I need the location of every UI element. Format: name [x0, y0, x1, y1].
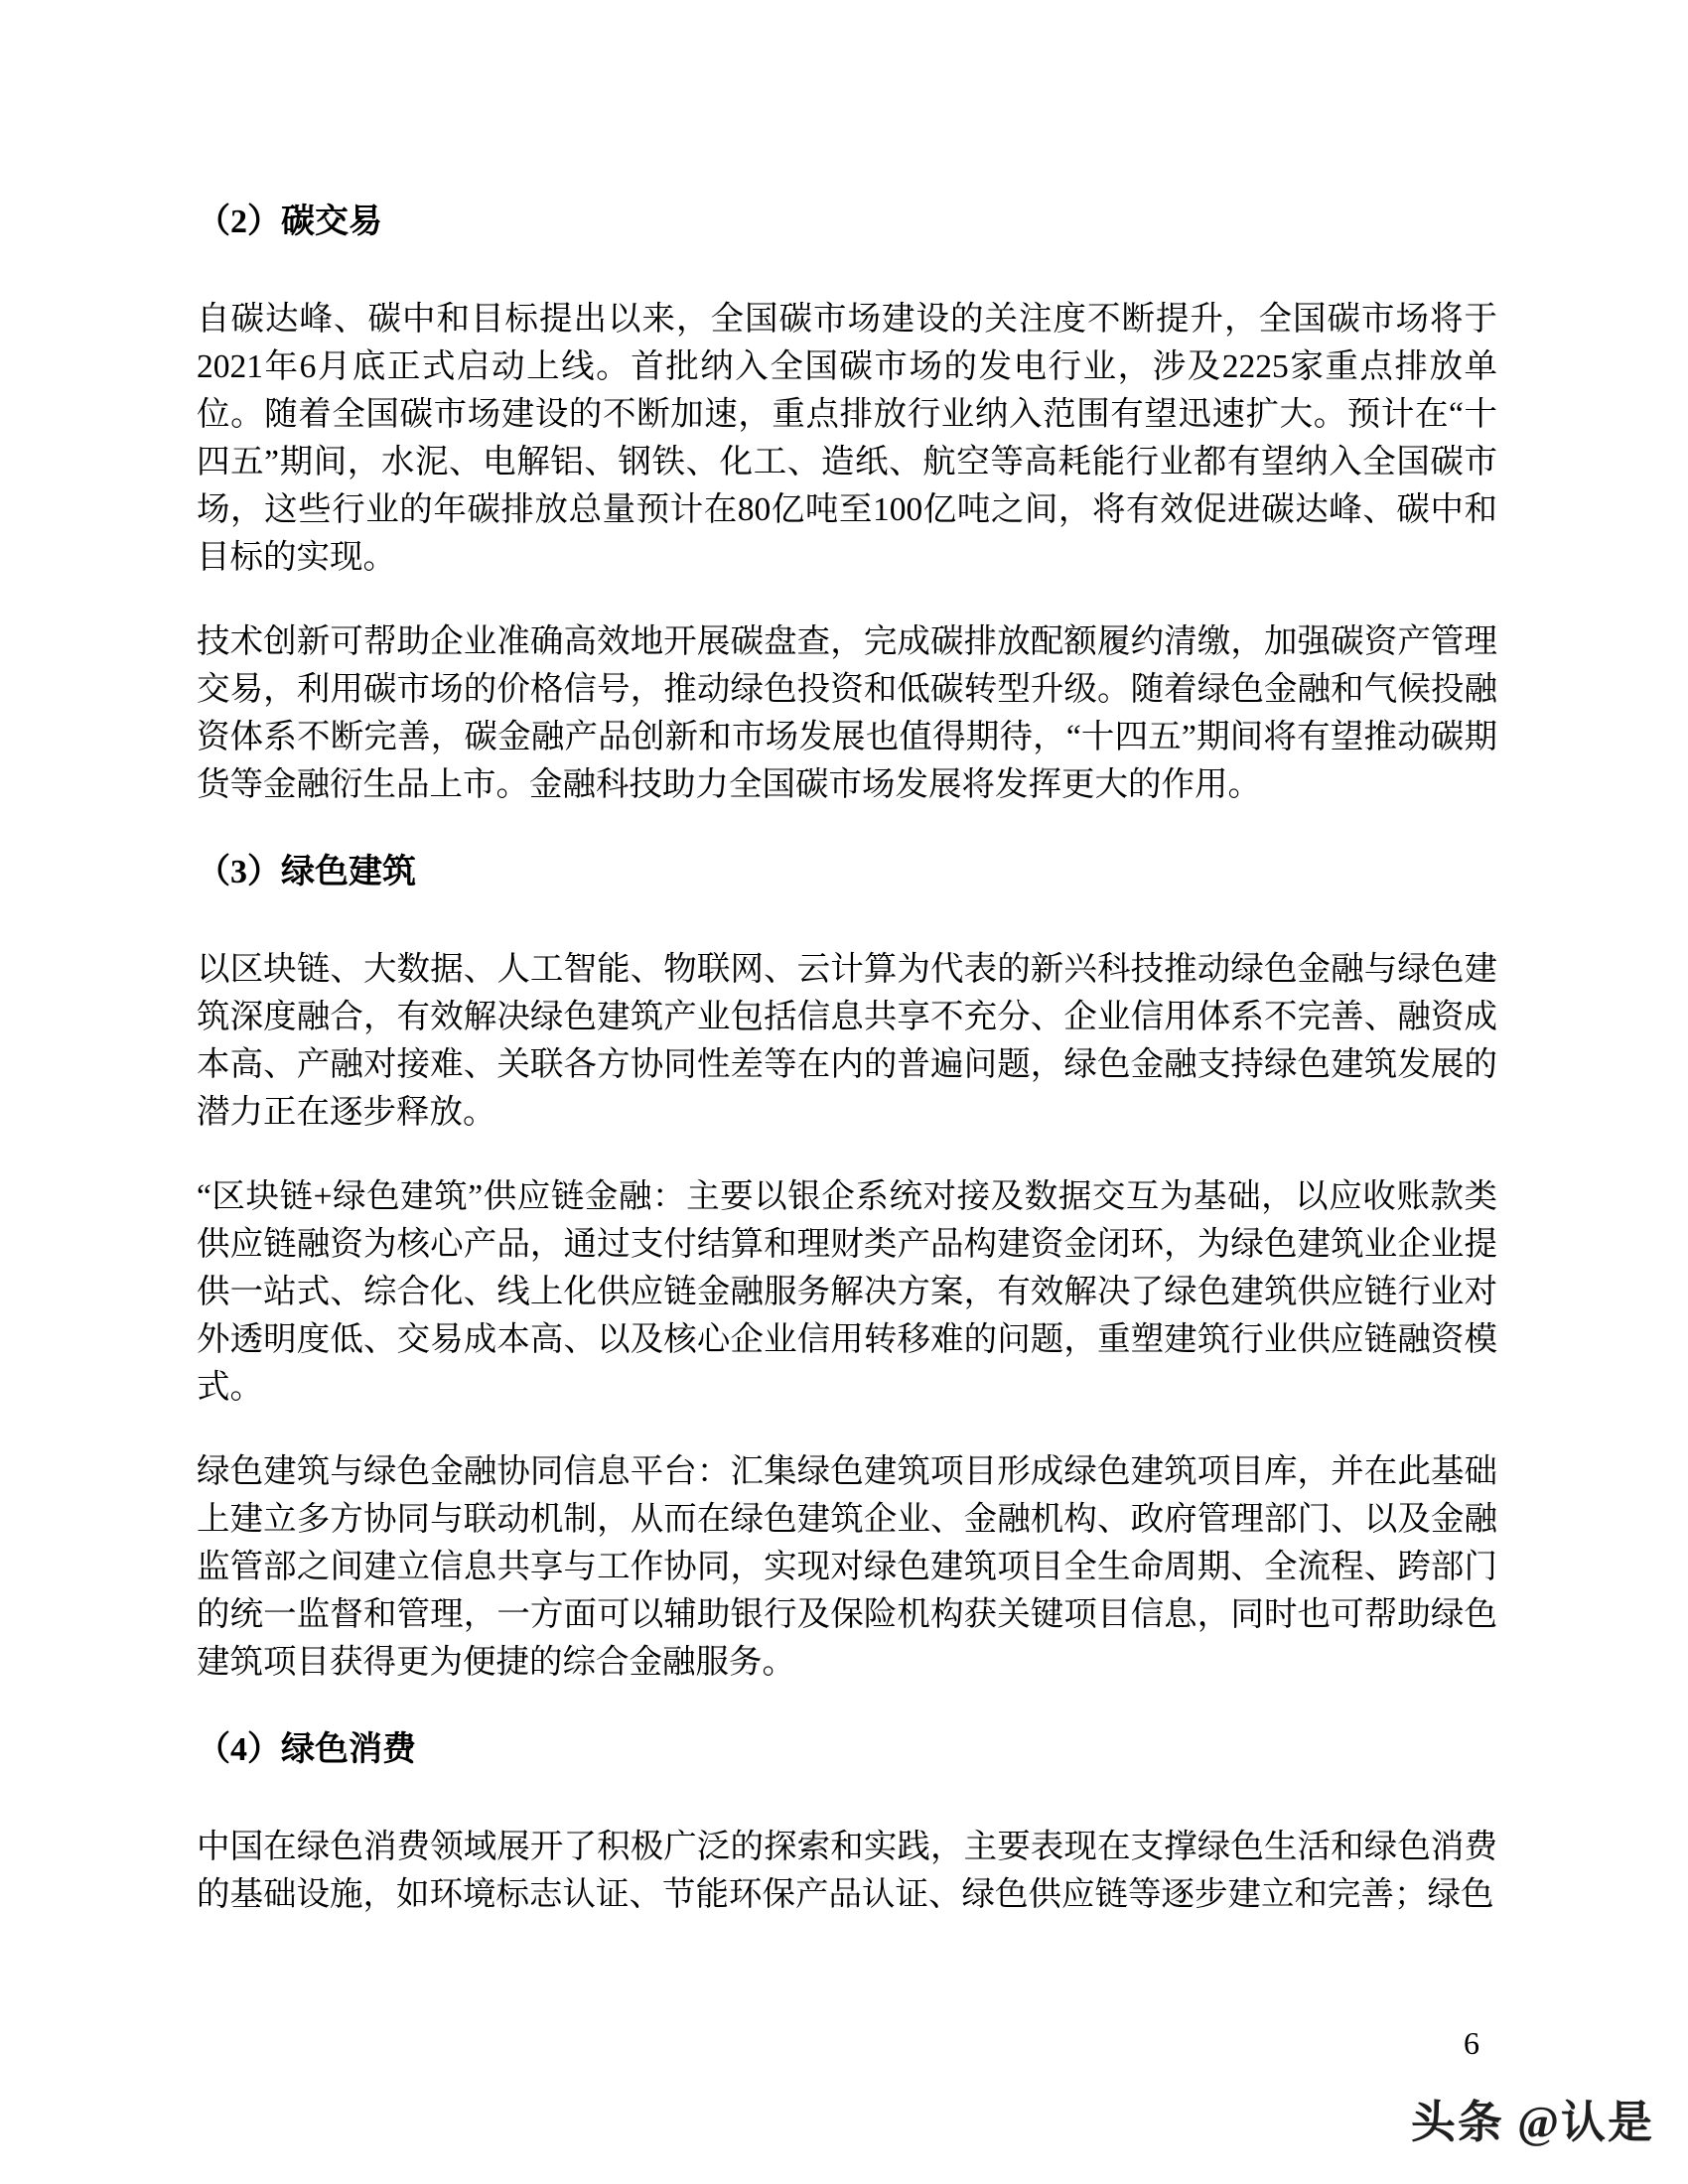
- paragraph: 自碳达峰、碳中和目标提出以来，全国碳市场建设的关注度不断提升，全国碳市场将于20…: [197, 296, 1497, 582]
- paragraph: “区块链+绿色建筑”供应链金融：主要以银企系统对接及数据交互为基础，以应收账款类…: [197, 1173, 1497, 1412]
- page-number: 6: [197, 2023, 1479, 2063]
- paragraph: 以区块链、大数据、人工智能、物联网、云计算为代表的新兴科技推动绿色金融与绿色建筑…: [197, 946, 1497, 1137]
- section-heading: （2）碳交易: [197, 199, 1497, 246]
- paragraph: 绿色建筑与绿色金融协同信息平台：汇集绿色建筑项目形成绿色建筑项目库，并在此基础上…: [197, 1448, 1497, 1687]
- section-green-building: （3）绿色建筑 以区块链、大数据、人工智能、物联网、云计算为代表的新兴科技推动绿…: [197, 849, 1497, 1687]
- section-heading: （3）绿色建筑: [197, 849, 1497, 896]
- content-column: （2）碳交易 自碳达峰、碳中和目标提出以来，全国碳市场建设的关注度不断提升，全国…: [197, 199, 1497, 1919]
- paragraph: 技术创新可帮助企业准确高效地开展碳盘查，完成碳排放配额履约清缴，加强碳资产管理交…: [197, 618, 1497, 809]
- paragraph: 中国在绿色消费领域展开了积极广泛的探索和实践，主要表现在支撑绿色生活和绿色消费的…: [197, 1824, 1497, 1919]
- section-heading: （4）绿色消费: [197, 1726, 1497, 1774]
- watermark-toutiao: 头条 @认是: [1411, 2095, 1654, 2150]
- section-carbon-trading: （2）碳交易 自碳达峰、碳中和目标提出以来，全国碳市场建设的关注度不断提升，全国…: [197, 199, 1497, 809]
- section-green-consumption: （4）绿色消费 中国在绿色消费领域展开了积极广泛的探索和实践，主要表现在支撑绿色…: [197, 1726, 1497, 1919]
